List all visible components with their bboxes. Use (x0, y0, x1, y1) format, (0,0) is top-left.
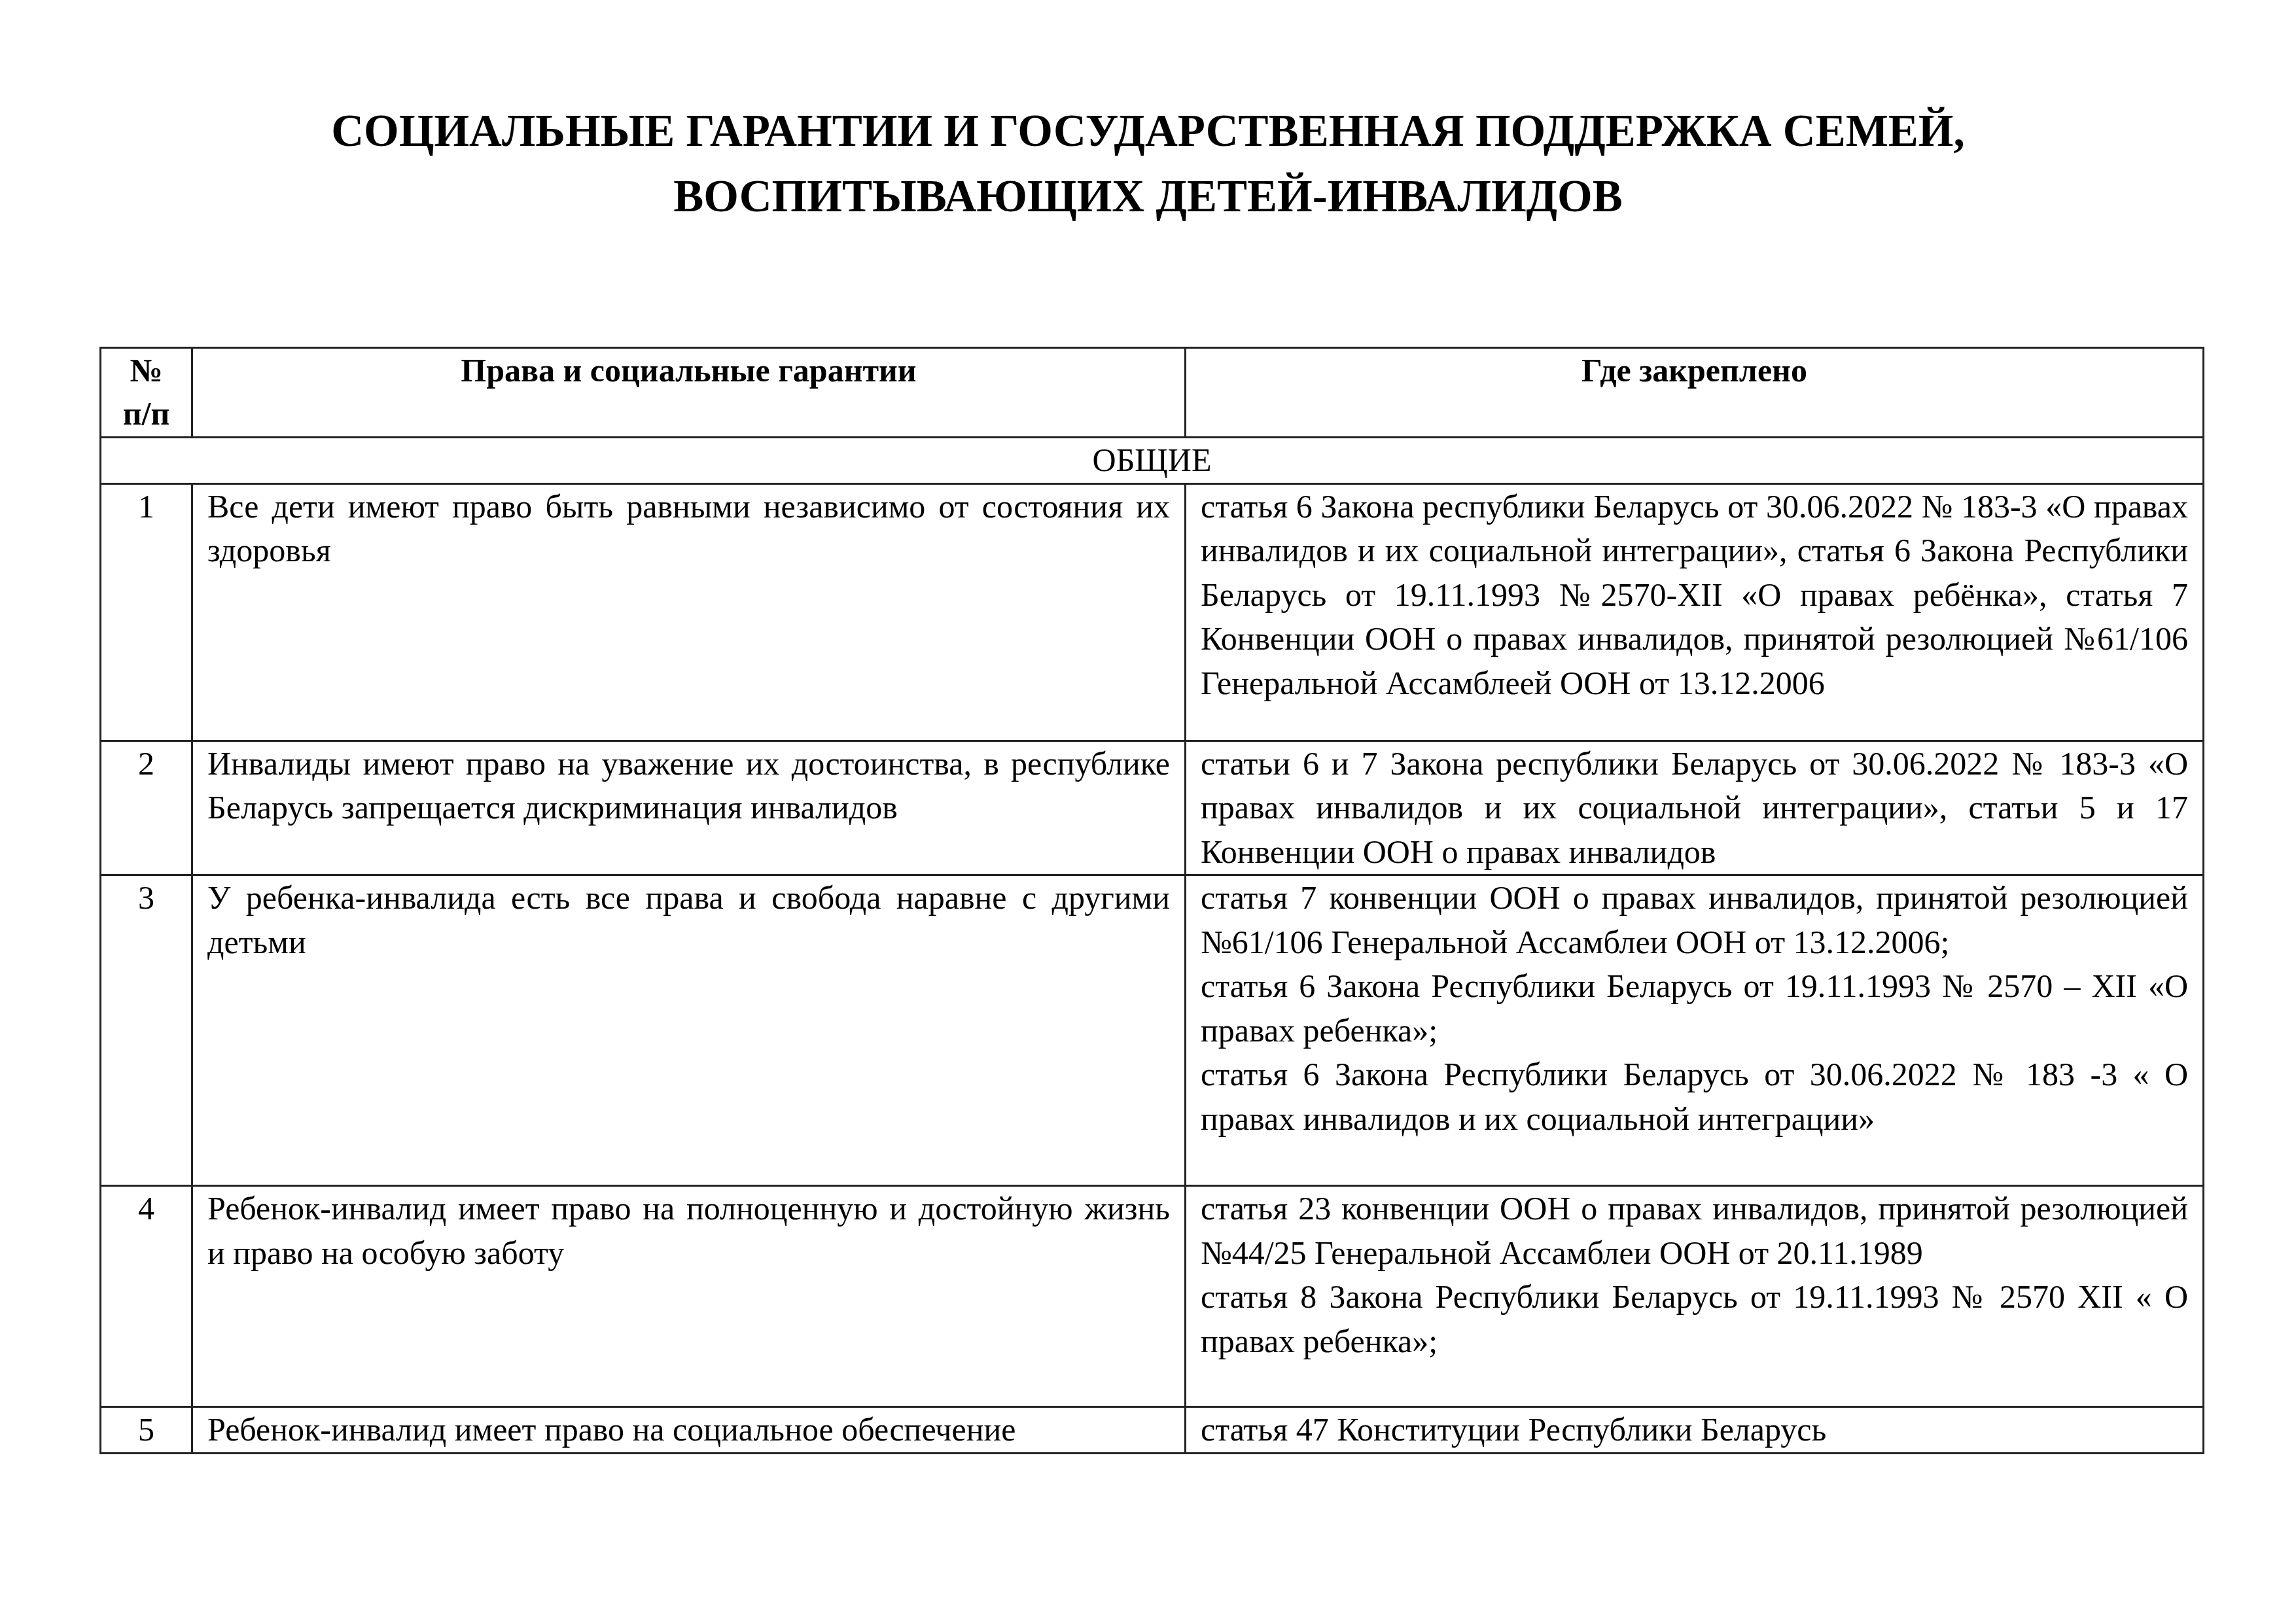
section-row: ОБЩИЕ (101, 438, 2204, 484)
row-where: статья 23 конвенции ООН о правах инвалид… (1186, 1186, 2204, 1407)
where-entry: статья 47 Конституции Республики Беларус… (1201, 1408, 2188, 1452)
table-header-row: № п/п Права и социальные гарантии Где за… (101, 348, 2204, 438)
header-number: № п/п (101, 348, 192, 438)
where-entry: статья 8 Закона Республики Беларусь от 1… (1201, 1275, 2188, 1363)
row-right: У ребенка-инвалида есть все права и своб… (192, 875, 1186, 1186)
where-entry: статьи 6 и 7 Закона республики Беларусь … (1201, 742, 2188, 875)
row-where: статья 7 конвенции ООН о правах инвалидо… (1186, 875, 2204, 1186)
row-number: 3 (101, 875, 192, 1186)
row-where: статья 47 Конституции Республики Беларус… (1186, 1407, 2204, 1454)
section-general: ОБЩИЕ (101, 438, 2204, 484)
guarantees-table: № п/п Права и социальные гарантии Где за… (99, 347, 2204, 1454)
row-right: Все дети имеют право быть равными незави… (192, 483, 1186, 741)
where-entry: статья 23 конвенции ООН о правах инвалид… (1201, 1187, 2188, 1275)
row-number: 1 (101, 483, 192, 741)
row-right: Ребенок-инвалид имеет право на социально… (192, 1407, 1186, 1454)
row-number: 2 (101, 741, 192, 875)
page-title-line-1: СОЦИАЛЬНЫЕ ГАРАНТИИ И ГОСУДАРСТВЕННАЯ ПО… (0, 98, 2296, 164)
header-number-sign: № (101, 349, 191, 392)
header-rights: Права и социальные гарантии (192, 348, 1186, 438)
page-title: СОЦИАЛЬНЫЕ ГАРАНТИИ И ГОСУДАРСТВЕННАЯ ПО… (0, 98, 2296, 229)
where-entry: статья 6 Закона республики Беларусь от 3… (1201, 485, 2188, 706)
where-entry: статья 6 Закона Республики Беларусь от 3… (1201, 1053, 2188, 1141)
table-row: 4 Ребенок-инвалид имеет право на полноце… (101, 1186, 2204, 1407)
table-row: 1 Все дети имеют право быть равными неза… (101, 483, 2204, 741)
row-number: 5 (101, 1407, 192, 1454)
table-row: 2 Инвалиды имеют право на уважение их до… (101, 741, 2204, 875)
where-entry: статья 6 Закона Республики Беларусь от 1… (1201, 964, 2188, 1053)
row-right: Инвалиды имеют право на уважение их дост… (192, 741, 1186, 875)
table-row: 5 Ребенок-инвалид имеет право на социаль… (101, 1407, 2204, 1454)
row-where: статьи 6 и 7 Закона республики Беларусь … (1186, 741, 2204, 875)
header-where: Где закреплено (1186, 348, 2204, 438)
where-entry: статья 7 конвенции ООН о правах инвалидо… (1201, 876, 2188, 964)
page-title-line-2: ВОСПИТЫВАЮЩИХ ДЕТЕЙ-ИНВАЛИДОВ (0, 164, 2296, 229)
row-right: Ребенок-инвалид имеет право на полноценн… (192, 1186, 1186, 1407)
row-where: статья 6 Закона республики Беларусь от 3… (1186, 483, 2204, 741)
row-number: 4 (101, 1186, 192, 1407)
table-row: 3 У ребенка-инвалида есть все права и св… (101, 875, 2204, 1186)
header-number-pp: п/п (101, 392, 191, 435)
